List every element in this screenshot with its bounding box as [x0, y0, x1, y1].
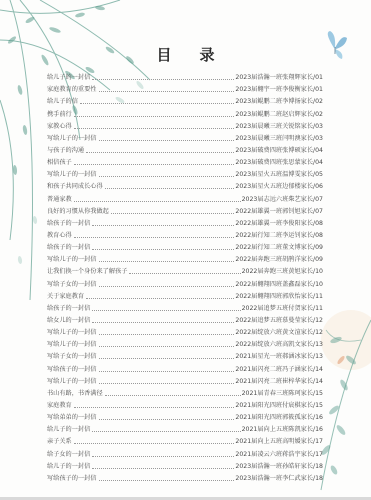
title-char-1: 目	[156, 44, 171, 65]
entry-author-page: 2022届绽放六班黄文渲家长/12	[235, 329, 323, 337]
entry-author-page: 2023届破费四班张思蒙家长/04	[235, 159, 323, 167]
dot-leader	[99, 139, 235, 141]
dot-leader	[105, 394, 241, 396]
entry-title: 家庭教育	[47, 402, 72, 410]
dot-leader	[86, 297, 234, 299]
dot-leader	[74, 127, 235, 129]
toc-entry[interactable]: 家教心得2023届晨曦三班关锐铭家长/03	[47, 119, 323, 131]
entry-title: 与孩子的沟通	[47, 147, 84, 155]
dot-leader	[92, 248, 234, 250]
entry-author-page: 2022届翱翔四班盖鑫磊家长/10	[235, 281, 323, 289]
dot-leader	[99, 418, 235, 420]
dot-leader	[92, 467, 234, 469]
entry-author-page: 2021届闪亮二班冯子涵家长/14	[235, 366, 323, 374]
entry-title: 携手前行	[47, 111, 72, 119]
toc-entry[interactable]: 家庭教育的重要性2023届翱宇一班李俊衡家长/01	[47, 82, 323, 94]
dot-leader	[99, 333, 235, 335]
dot-leader	[99, 357, 235, 359]
toc-entry[interactable]: 写给儿子的一封信2022届绽放六班高凯文家长/13	[47, 337, 323, 349]
entry-author-page: 2023届破费四班张博硕家长/04	[235, 147, 323, 155]
page-title: 目录	[0, 44, 371, 65]
dot-leader	[74, 200, 241, 202]
entry-title: 给子女的一封信	[47, 451, 90, 459]
entry-author-page: 2021届闪亮二班崔梓华家长/14	[235, 378, 323, 386]
entry-author-page: 2023届翱宇一班李俊衡家长/01	[235, 86, 323, 94]
entry-author-page: 2022届追梦五班付贺家长/11	[242, 305, 323, 313]
entry-title: 家庭教育的重要性	[47, 86, 97, 94]
dot-leader	[74, 236, 235, 238]
toc-entry[interactable]: 写给儿子的一封信2023届晨曦三班闫明澳家长/03	[47, 131, 323, 143]
dot-leader	[74, 442, 235, 444]
entry-author-page: 2022届奔跑三班黄旭家长/10	[242, 268, 323, 276]
toc-entry[interactable]: 给儿子的一封信2023届浩瀚一班孙皓轩家长/18	[47, 459, 323, 471]
toc-entry[interactable]: 教育心得2022届行知二班李运钊家长/08	[47, 228, 323, 240]
toc-entry[interactable]: 写给儿子的一封信2022届奔跑三班胡鹃洋家长/09	[47, 252, 323, 264]
entry-author-page: 2021届凌云六班蒋浩宇家长/17	[235, 451, 323, 459]
entry-title: 写给儿子的一封信	[47, 256, 97, 264]
toc-entry[interactable]: 写给儿子的一封信2021届闪亮二班崔梓华家长/14	[47, 374, 323, 386]
toc-entry[interactable]: 关于家庭教育2022届翱翔四班郭欣怡家长/11	[47, 289, 323, 301]
dot-leader	[99, 345, 235, 347]
toc-entry[interactable]: 给孩子的一封信2022届行知二班董文博家长/09	[47, 240, 323, 252]
entry-author-page: 2022届雄翼一班李俊阳家长/08	[235, 220, 323, 228]
entry-author-page: 2021届阳光四班付宸棋家长/15	[235, 402, 323, 410]
entry-author-page: 2023届浩瀚一班孙皓轩家长/18	[235, 463, 323, 471]
entry-author-page: 2022届雄翼一班郭钊旭家长/07	[235, 208, 323, 216]
entry-title: 让我们换一个身份来了解孩子	[47, 268, 127, 276]
entry-title: 相信孩子	[47, 159, 72, 167]
entry-author-page: 2022届行知二班李运钊家长/08	[235, 232, 323, 240]
toc-entry[interactable]: 给孩子的一封信2022届追梦五班付贺家长/11	[47, 301, 323, 313]
entry-author-page: 2023届星火五班边郁楼家长/06	[235, 183, 323, 191]
entry-title: 写给儿子的一封信	[47, 378, 97, 386]
dot-leader	[92, 430, 240, 432]
toc-entry[interactable]: 给孩子的一封信2022届雄翼一班李俊阳家长/08	[47, 216, 323, 228]
dot-leader	[99, 90, 235, 92]
entry-author-page: 2023届鲲鹏二班李博扬家长/02	[235, 98, 323, 106]
entry-title: 写给孩子的一封信	[47, 366, 97, 374]
dot-leader	[99, 479, 235, 481]
toc-entry[interactable]: 让我们换一个身份来了解孩子2022届奔跑三班黄旭家长/10	[47, 264, 323, 276]
entry-author-page: 2022届追梦五班慕曼莹家长/12	[235, 317, 323, 325]
toc-entry[interactable]: 良好的习惯从你我做起2022届雄翼一班郭钊旭家长/07	[47, 204, 323, 216]
entry-title: 写给儿子的一封信	[47, 341, 97, 349]
dot-leader	[99, 370, 235, 372]
dot-leader	[99, 175, 235, 177]
entry-title: 和孩子共同成长心得	[47, 183, 103, 191]
toc-entry[interactable]: 写给子女的一封信2021届星光一班郝涵冰家长/13	[47, 349, 323, 361]
dot-leader	[129, 272, 240, 274]
toc-entry[interactable]: 给儿子的一封信2023届浩瀚一班张翔辉家长/01	[47, 70, 323, 82]
dot-leader	[92, 224, 234, 226]
dot-leader	[92, 455, 234, 457]
toc-entry[interactable]: 家庭教育2021届阳光四班付宸棋家长/15	[47, 398, 323, 410]
entry-title: 普通家教	[47, 196, 72, 204]
entry-title: 良好的习惯从你我做起	[47, 208, 109, 216]
toc-entry[interactable]: 普通家教2023届志远六班柴艺家长/07	[47, 191, 323, 203]
dot-leader	[111, 212, 235, 214]
entry-title: 给孩子的一封信	[47, 305, 90, 313]
toc-entry[interactable]: 给女儿的一封信2022届追梦五班慕曼莹家长/12	[47, 313, 323, 325]
dot-leader	[92, 78, 234, 80]
entry-author-page: 2021届向上五班陈凯家长/16	[242, 426, 323, 434]
dot-leader	[74, 163, 235, 165]
entry-title: 给儿子的一封信	[47, 74, 90, 82]
entry-title: 给孩子的一封信	[47, 220, 90, 228]
entry-author-page: 2022届奔跑三班胡鹃洋家长/09	[235, 256, 323, 264]
toc-entry[interactable]: 亲子关系2021届向上五班高明媛家长/17	[47, 434, 323, 446]
dot-leader	[74, 115, 235, 117]
entry-title: 给儿子的信	[47, 98, 78, 106]
dot-leader	[80, 102, 234, 104]
dot-leader	[92, 309, 240, 311]
entry-author-page: 2021届青春三班陈珂家长/15	[242, 390, 323, 398]
entry-title: 写给孩子的一封信	[47, 475, 97, 483]
toc-entry[interactable]: 写给儿子的一封信2022届绽放六班黄文渲家长/12	[47, 325, 323, 337]
toc-entry[interactable]: 给儿子的信2023届鲲鹏二班李博扬家长/02	[47, 94, 323, 106]
toc-entry[interactable]: 相信孩子2023届破费四班张思蒙家长/04	[47, 155, 323, 167]
entry-title: 关于家庭教育	[47, 293, 84, 301]
dot-leader	[99, 260, 235, 262]
entry-author-page: 2022届翱翔四班郭欣怡家长/11	[235, 293, 323, 301]
entry-author-page: 2022届绽放六班高凯文家长/13	[235, 341, 323, 349]
entry-author-page: 2023届浩瀚一班李仁武家长/18	[235, 475, 323, 483]
entry-title: 写给子女的一封信	[47, 353, 97, 361]
toc-entry[interactable]: 和孩子共同成长心得2023届星火五班边郁楼家长/06	[47, 179, 323, 191]
entry-author-page: 2021届向上五班高明媛家长/17	[235, 438, 323, 446]
entry-author-page: 2023届浩瀚一班张翔辉家长/01	[235, 74, 323, 82]
table-of-contents: 给儿子的一封信2023届浩瀚一班张翔辉家长/01 家庭教育的重要性2023届翱宇…	[47, 70, 323, 483]
toc-page: 目录 给儿子的一封信2023届浩瀚一班张翔辉家长/01 家庭教育的重要性2023…	[0, 0, 371, 500]
toc-entry[interactable]: 写给子女的一封信2022届翱翔四班盖鑫磊家长/10	[47, 276, 323, 288]
dot-leader	[86, 151, 234, 153]
toc-entry[interactable]: 携手前行2023届鲲鹏二班赵启辉家长/02	[47, 106, 323, 118]
toc-entry[interactable]: 写给弟弟的一封信2021届阳光四班郭筱孤家长/16	[47, 410, 323, 422]
entry-author-page: 2022届行知二班董文博家长/09	[235, 244, 323, 252]
entry-author-page: 2023届晨曦三班闫明澳家长/03	[235, 135, 323, 143]
entry-title: 给儿子的一封信	[47, 426, 90, 434]
entry-title: 写给儿子的一封信	[47, 171, 97, 179]
toc-entry[interactable]: 书山有路，书香满径2021届青春三班陈珂家长/15	[47, 386, 323, 398]
dot-leader	[105, 187, 235, 189]
entry-author-page: 2023届鲲鹏二班赵启辉家长/02	[235, 111, 323, 119]
entry-title: 给儿子的一封信	[47, 463, 90, 471]
dot-leader	[99, 382, 235, 384]
toc-entry[interactable]: 写给孩子的一封信2021届闪亮二班冯子涵家长/14	[47, 361, 323, 373]
toc-entry[interactable]: 写给孩子的一封信2023届浩瀚一班李仁武家长/18	[47, 471, 323, 483]
toc-entry[interactable]: 给子女的一封信2021届凌云六班蒋浩宇家长/17	[47, 446, 323, 458]
entry-author-page: 2023届晨曦三班关锐铭家长/03	[235, 123, 323, 131]
dot-leader	[92, 321, 234, 323]
dot-leader	[99, 285, 235, 287]
entry-title: 亲子关系	[47, 438, 72, 446]
entry-author-page: 2021届星光一班郝涵冰家长/13	[235, 353, 323, 361]
entry-title: 写给儿子的一封信	[47, 329, 97, 337]
entry-title: 给孩子的一封信	[47, 244, 90, 252]
entry-author-page: 2023届志远六班柴艺家长/07	[242, 196, 323, 204]
entry-title: 家教心得	[47, 123, 72, 131]
dot-leader	[74, 406, 235, 408]
entry-title: 书山有路，书香满径	[47, 390, 103, 398]
toc-entry[interactable]: 与孩子的沟通2023届破费四班张博硕家长/04	[47, 143, 323, 155]
entry-title: 写给子女的一封信	[47, 281, 97, 289]
title-char-2: 录	[200, 44, 215, 65]
entry-title: 教育心得	[47, 232, 72, 240]
entry-title: 写给弟弟的一封信	[47, 414, 97, 422]
entry-author-page: 2021届阳光四班郭筱孤家长/16	[235, 414, 323, 422]
toc-entry[interactable]: 写给儿子的一封信2023届星火五班温博雯家长/05	[47, 167, 323, 179]
toc-entry[interactable]: 给儿子的一封信2021届向上五班陈凯家长/16	[47, 422, 323, 434]
entry-title: 写给儿子的一封信	[47, 135, 97, 143]
entry-author-page: 2023届星火五班温博雯家长/05	[235, 171, 323, 179]
entry-title: 给女儿的一封信	[47, 317, 90, 325]
